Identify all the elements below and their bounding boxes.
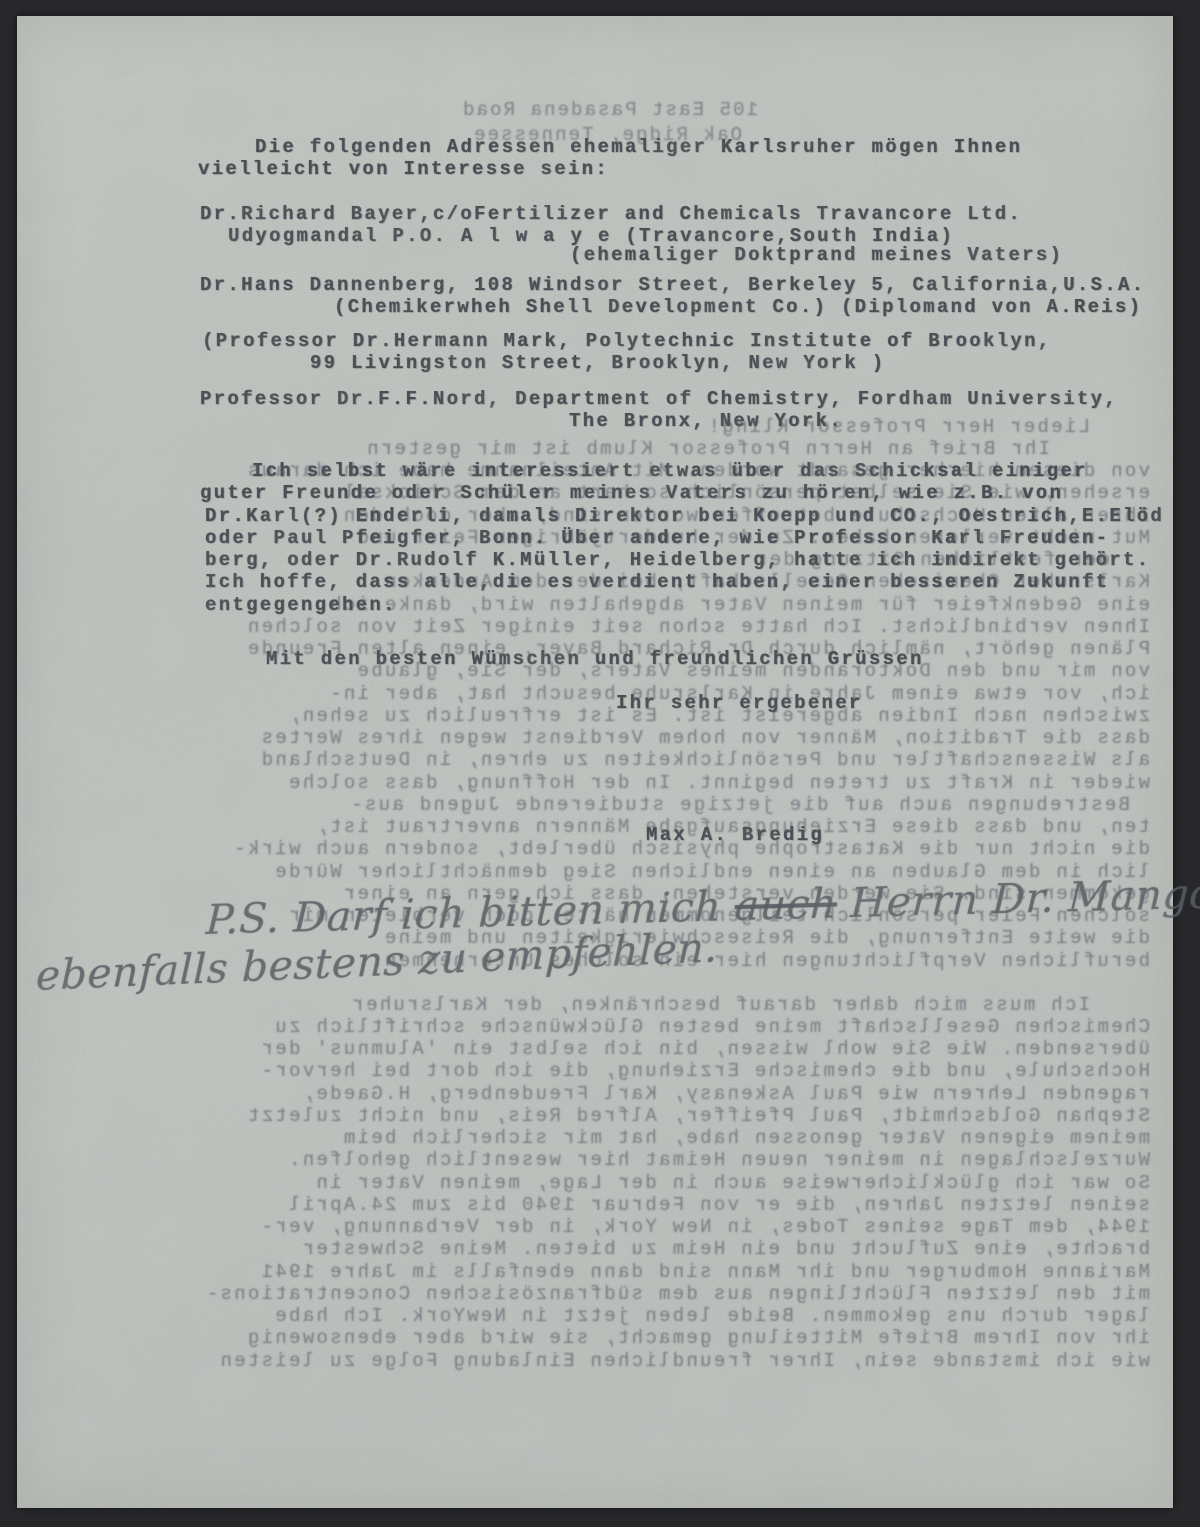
- letter-paper: [17, 16, 1173, 1508]
- scanned-letter-screenshot: { "document": { "kind": "scanned-typewri…: [0, 0, 1200, 1527]
